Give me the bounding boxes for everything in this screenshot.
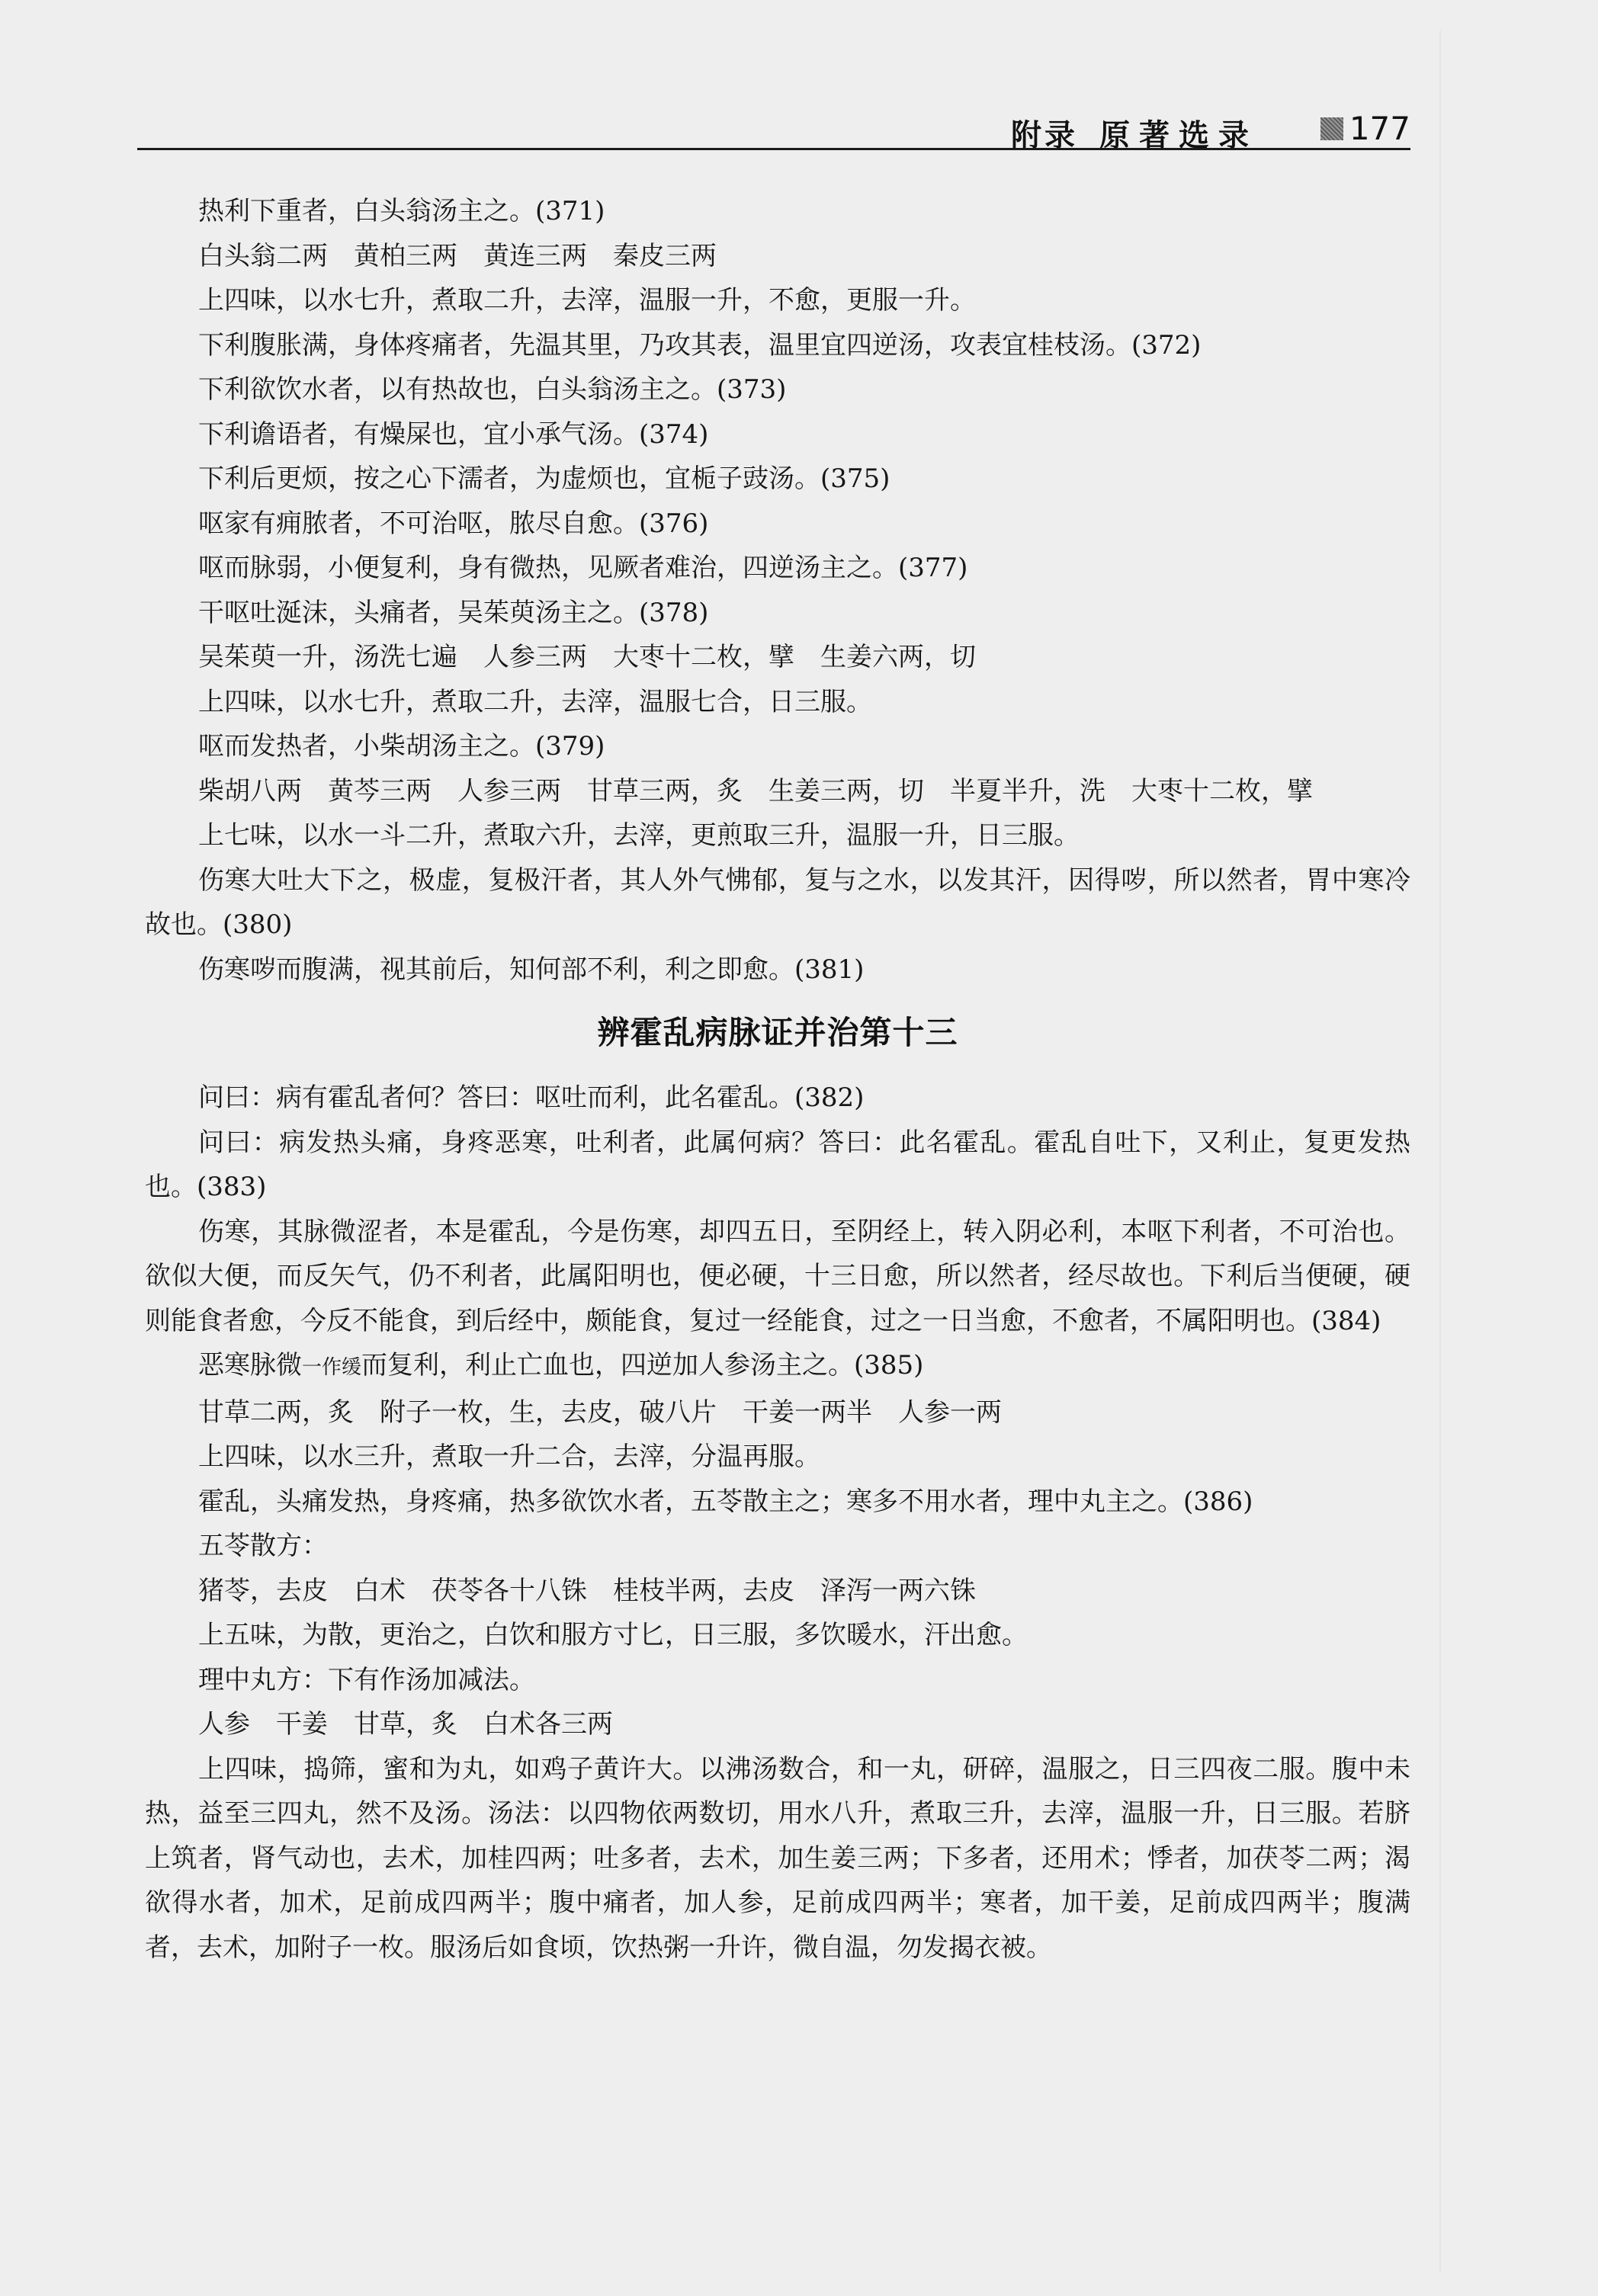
page-number: 177 (1349, 110, 1410, 147)
paragraph: 霍乱，头痛发热，身疼痛，热多欲饮水者，五苓散主之；寒多不用水者，理中丸主之。(3… (145, 1480, 1410, 1525)
running-header: 附录原著选录 177 (137, 107, 1410, 149)
paragraph: 上四味，以水三升，煮取一升二合，去滓，分温再服。 (145, 1435, 1410, 1480)
paragraph: 柴胡八两 黄芩三两 人参三两 甘草三两，炙 生姜三两，切 半夏半升，洗 大枣十二… (145, 769, 1410, 814)
page-edge-shadow (1439, 30, 1441, 2272)
paragraph: 下利后更烦，按之心下濡者，为虚烦也，宜栀子豉汤。(375) (145, 457, 1410, 502)
variant-note: 一作缓 (302, 1356, 361, 1379)
section-heading: 辨霍乱病脉证并治第十三 (145, 1004, 1410, 1062)
paragraph: 伤寒，其脉微涩者，本是霍乱，今是伤寒，却四五日，至阴经上，转入阴必利，本呕下利者… (145, 1210, 1410, 1344)
paragraph: 呕家有痈脓者，不可治呕，脓尽自愈。(376) (145, 502, 1410, 547)
paragraph: 吴茱萸一升，汤洗七遍 人参三两 大枣十二枚，擘 生姜六两，切 (145, 635, 1410, 680)
paragraph: 猪苓，去皮 白术 茯苓各十八铢 桂枝半两，去皮 泽泻一两六铢 (145, 1569, 1410, 1614)
header-rule (137, 148, 1410, 150)
paragraph: 呕而脉弱，小便复利，身有微热，见厥者难治，四逆汤主之。(377) (145, 546, 1410, 591)
paragraph: 五苓散方： (145, 1524, 1410, 1569)
text-segment: 而复利，利止亡血也，四逆加人参汤主之。(385) (361, 1350, 923, 1380)
paragraph: 理中丸方：下有作汤加减法。 (145, 1658, 1410, 1703)
paragraph: 上四味，以水七升，煮取二升，去滓，温服一升，不愈，更服一升。 (145, 278, 1410, 323)
paragraph: 上四味，捣筛，蜜和为丸，如鸡子黄许大。以沸汤数合，和一丸，研碎，温服之，日三四夜… (145, 1747, 1410, 1971)
paragraph: 下利谵语者，有燥屎也，宜小承气汤。(374) (145, 412, 1410, 457)
paragraph: 伤寒大吐大下之，极虚，复极汗者，其人外气怫郁，复与之水，以发其汗，因得哕，所以然… (145, 858, 1410, 948)
paragraph: 人参 干姜 甘草，炙 白术各三两 (145, 1702, 1410, 1747)
paragraph: 呕而发热者，小柴胡汤主之。(379) (145, 724, 1410, 769)
paragraph: 下利欲饮水者，以有热故也，白头翁汤主之。(373) (145, 367, 1410, 412)
body-text: 热利下重者，白头翁汤主之。(371) 白头翁二两 黄柏三两 黄连三两 秦皮三两 … (145, 189, 1410, 1970)
paragraph: 甘草二两，炙 附子一枚，生，去皮，破八片 干姜一两半 人参一两 (145, 1390, 1410, 1435)
paragraph: 下利腹胀满，身体疼痛者，先温其里，乃攻其表，温里宜四逆汤，攻表宜桂枝汤。(372… (145, 323, 1410, 368)
paragraph-385: 恶寒脉微一作缓而复利，利止亡血也，四逆加人参汤主之。(385) (145, 1343, 1410, 1390)
paragraph: 白头翁二两 黄柏三两 黄连三两 秦皮三两 (145, 234, 1410, 279)
text-segment: 恶寒脉微 (198, 1350, 302, 1380)
paragraph: 伤寒哕而腹满，视其前后，知何部不利，利之即愈。(381) (145, 948, 1410, 992)
paragraph: 热利下重者，白头翁汤主之。(371) (145, 189, 1410, 234)
paragraph: 问曰：病发热头痛，身疼恶寒，吐利者，此属何病？答曰：此名霍乱。霍乱自吐下，又利止… (145, 1121, 1410, 1210)
paragraph: 上五味，为散，更治之，白饮和服方寸匕，日三服，多饮暖水，汗出愈。 (145, 1613, 1410, 1658)
paragraph: 上七味，以水一斗二升，煮取六升，去滓，更煎取三升，温服一升，日三服。 (145, 813, 1410, 858)
paragraph: 上四味，以水七升，煮取二升，去滓，温服七合，日三服。 (145, 680, 1410, 725)
paragraph: 问曰：病有霍乱者何？答曰：呕吐而利，此名霍乱。(382) (145, 1076, 1410, 1121)
header-marker-icon (1320, 117, 1343, 140)
paragraph: 干呕吐涎沫，头痛者，吴茱萸汤主之。(378) (145, 591, 1410, 636)
